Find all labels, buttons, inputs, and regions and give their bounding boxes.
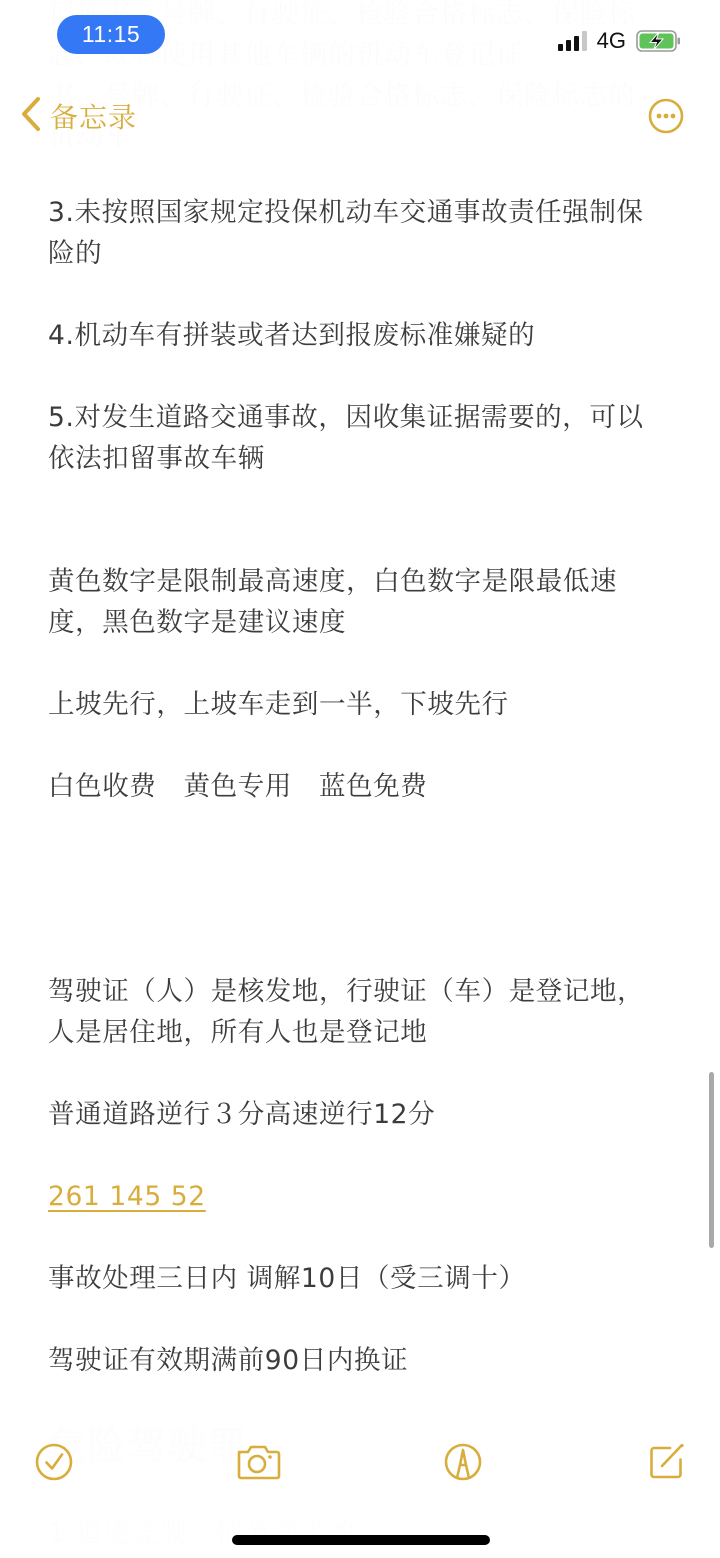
note-paragraph: 普通道路逆行３分高速逆行12分 [48,1094,668,1135]
network-type: 4G [597,28,626,54]
markup-button[interactable] [441,1442,485,1486]
back-label: 备忘录 [50,96,137,136]
status-bar: 11:15 4G [0,0,720,80]
battery-charging-icon [636,30,678,52]
cellular-signal-icon [558,31,587,51]
pen-tip-circle-icon [443,1442,483,1486]
camera-icon [235,1442,281,1486]
checklist-button[interactable] [32,1442,76,1486]
vertical-scrollbar[interactable] [709,1072,714,1248]
note-paragraph: 4.机动车有拼装或者达到报废标准嫌疑的 [48,315,668,356]
status-time[interactable]: 11:15 [57,15,165,54]
compose-icon [646,1442,686,1486]
note-paragraph: 驾驶证有效期满前90日内换证 [48,1340,668,1381]
note-paragraph: 上坡先行，上坡车走到一半，下坡先行 [48,684,668,725]
note-paragraph: 5.对发生道路交通事故，因收集证据需要的，可以依法扣留事故车辆 [48,397,668,479]
navigation-bar: 备忘录 [0,92,720,144]
home-indicator[interactable] [232,1535,490,1545]
more-options-button[interactable] [648,98,684,134]
checkmark-circle-icon [34,1442,74,1486]
status-indicators: 4G [558,28,678,54]
note-content[interactable]: 3.未按照国家规定投保机动车交通事故责任强制保险的 4.机动车有拼装或者达到报废… [48,192,668,1422]
note-paragraph: 事故处理三日内 调解10日（受三调十） [48,1258,668,1299]
note-paragraph: 3.未按照国家规定投保机动车交通事故责任强制保险的 [48,192,668,274]
compose-button[interactable] [644,1442,688,1486]
bottom-toolbar [0,1442,720,1490]
back-button[interactable]: 备忘录 [20,96,137,136]
ellipsis-circle-icon [648,119,684,138]
notes-screen: 记证书、号牌、行驶证、检验合格标志、保险标 志，或者使用其他车辆的机动车登记证 … [0,0,720,1558]
chevron-left-icon [20,96,42,136]
camera-button[interactable] [236,1442,280,1486]
note-paragraph: 白色收费 黄色专用 蓝色免费 [48,766,668,807]
phone-number-link[interactable]: 261 145 52 [48,1181,206,1212]
note-paragraph: 驾驶证（人）是核发地，行驶证（车）是登记地，人是居住地，所有人也是登记地 [48,971,668,1053]
note-paragraph: 黄色数字是限制最高速度，白色数字是限最低速度，黑色数字是建议速度 [48,561,668,643]
